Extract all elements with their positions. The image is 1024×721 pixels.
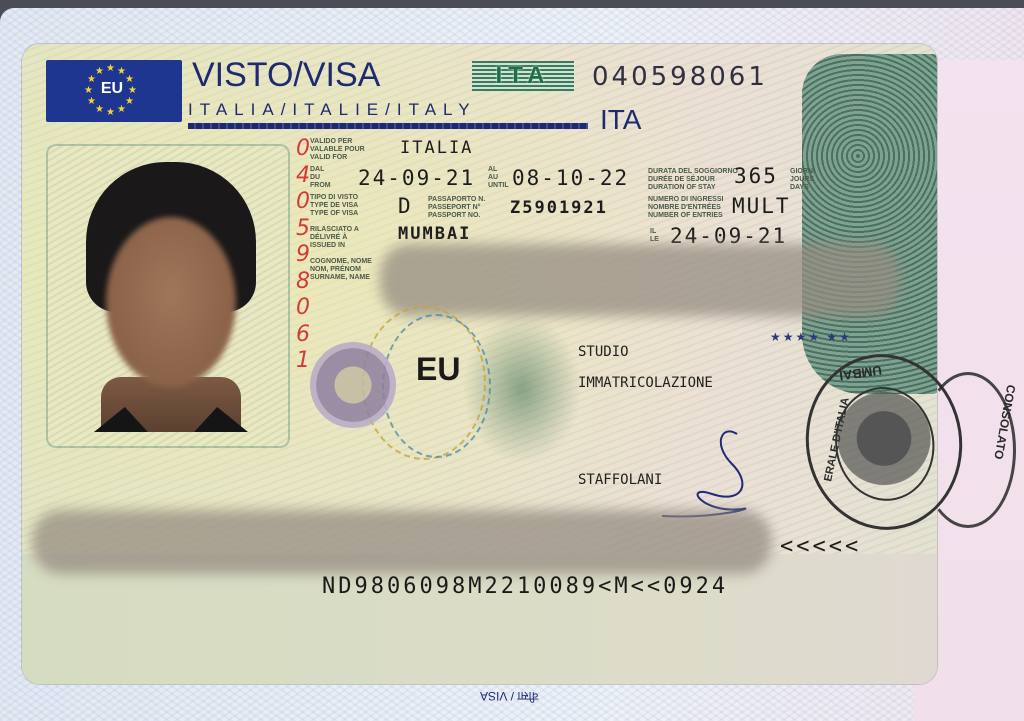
duration-unit: GIORNI JOURS DAYS [790, 168, 815, 192]
photo-face-blurred [106, 217, 236, 387]
stamp-offset: CONSOLATO [920, 372, 1016, 528]
holder-photo [76, 162, 266, 432]
eu-star-icon: ★ [106, 64, 115, 74]
visa-subtitle: ITALIA/ITALIE/ITALY [188, 100, 477, 120]
signature [642, 424, 772, 524]
passport-label: PASSAPORTO n. PASSEPORT N° PASSPORT No. [428, 196, 485, 220]
issued-in-value: MUMBAI [398, 224, 471, 244]
remark-line-2: IMMATRICOLAZIONE [578, 375, 713, 391]
duration-label: DURATA DEL SOGGIORNO DURÉE DE SÉJOUR DUR… [648, 168, 738, 192]
from-label: DAL DU FROM [310, 166, 331, 190]
eu-star-icon: ★ [95, 105, 104, 115]
country-box: ITA [472, 61, 574, 91]
issued-in-label: RILASCIATO A DÉLIVRÉ À ISSUED IN [310, 226, 359, 250]
eu-star-icon: ★ [125, 97, 134, 107]
country-code: ITA [600, 104, 641, 136]
eu-star-icon: ★ [117, 105, 126, 115]
eu-hologram-seal: EU [302, 306, 492, 461]
stamp-top-text: UMBAI [838, 363, 882, 384]
eu-flag-label: EU [96, 80, 128, 98]
mrz-redaction [32, 510, 772, 574]
from-value: 24-09-21 [358, 166, 475, 190]
mrz-line-1: <<<<< [780, 534, 861, 559]
visa-title: VISTO/VISA [192, 56, 380, 95]
visa-number: 040598061 [592, 62, 768, 92]
eu-star-icon: ★ [106, 108, 115, 118]
valid-for-value: ITALIA [400, 138, 473, 158]
valid-for-label: VALIDO PER VALABLE POUR VALID FOR [310, 138, 365, 162]
visa-sticker: ★★★★★★★★★★★★ EU VISTO/VISA ITALIA/ITALIE… [22, 44, 937, 684]
visa-type-value: D [398, 194, 413, 218]
microprint-strip [188, 123, 588, 129]
page-footer-label: वीसा / VISA [480, 688, 538, 705]
eu-star-icon: ★ [87, 97, 96, 107]
passport-value: Z5901921 [510, 198, 608, 218]
entries-label: NUMERO DI INGRESSI NOMBRE D'ENTRÉES NUMB… [648, 196, 738, 220]
entries-value: MULT [732, 194, 791, 218]
eu-star-icon: ★ [128, 86, 137, 96]
until-value: 08-10-22 [512, 166, 629, 190]
seal-eu-label: EU [416, 352, 446, 386]
visa-type-label: TIPO DI VISTO TYPE DE VISA TYPE OF VISA [310, 194, 358, 218]
remark-line-1: STUDIO [578, 344, 629, 360]
until-label: AL AU UNTIL [488, 166, 509, 190]
eu-star-icon: ★ [95, 67, 104, 77]
eu-flag-icon: ★★★★★★★★★★★★ EU [46, 60, 182, 122]
holo-disc [310, 342, 396, 428]
name-label: COGNOME, NOME NOM, PRÉNOM SURNAME, NAME [310, 258, 372, 282]
mrz-line-2: ND9806098M2210089<M<<0924 [322, 574, 728, 599]
duration-value: 365 [734, 164, 778, 188]
eu-star-icon: ★ [84, 86, 93, 96]
issued-on-label: IL LE [650, 228, 659, 244]
stars-row: ★★★★ ★★ [770, 330, 852, 344]
